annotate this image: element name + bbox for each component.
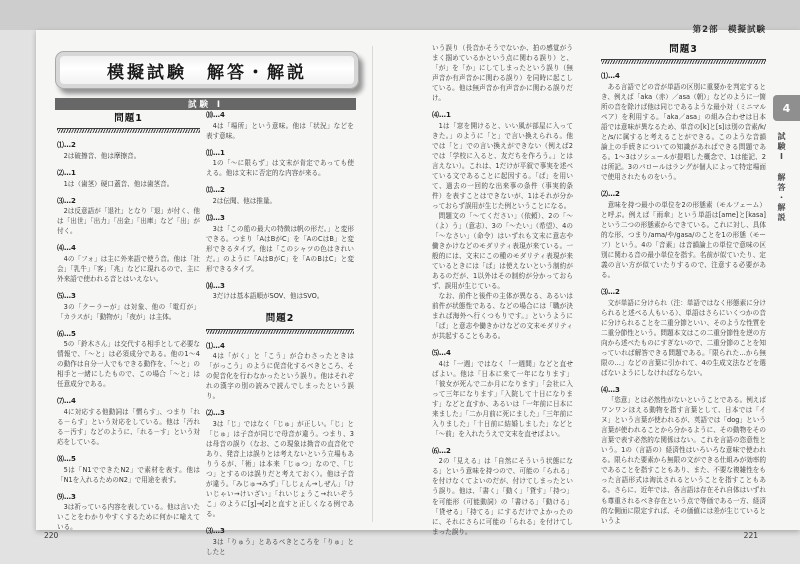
page-gutter-line [372, 46, 373, 522]
answer-number: ⑴…4 [206, 341, 354, 352]
answer-item: ⒁…33だけは基本語順がSOV、他はSVO。 [206, 281, 354, 302]
answer-text: 2は破擦音、他は摩擦音。 [57, 151, 200, 161]
answer-item: ⑷…11は「窓を開けると、いい風が部屋に入ってきた。」のように「と」で言い換えら… [432, 110, 573, 211]
answer-number: ⑹…2 [432, 446, 573, 457]
answer-item: ⑶…33は「りゅう」とあるべきところを「りゅ」としたと [206, 526, 354, 557]
chapter-tab-label: 試験Ⅰ 解答・解説 [776, 132, 787, 282]
answer-number: ⑻…5 [57, 454, 200, 465]
answer-item: ⑵…2意味を持つ最小の単位を2の形態素（モルフェーム）と呼ぶ。例えば「雨傘」とい… [601, 189, 766, 280]
answer-item: ⑴…4ある言語でどの音が単語の区別に重要かを判定するとき、例えば「aka（赤）／… [601, 71, 766, 182]
answer-text: 意味を持つ最小の単位を2の形態素（モルフェーム）と呼ぶ。例えば「雨傘」という単語… [601, 200, 766, 280]
answer-item: ⑴…22は破擦音、他は摩擦音。 [57, 140, 200, 161]
answer-number: ⑶…3 [206, 526, 354, 537]
answer-number: ⑴…4 [601, 71, 766, 82]
answer-number: ⑺…4 [57, 396, 200, 407]
background-top-band [0, 0, 800, 30]
answer-number: ⑾…1 [206, 148, 354, 159]
answer-text: 3の「クーラーが」は対象、他の「電灯が」「カラスが」「動物が」「夜が」は主体。 [57, 302, 200, 322]
answer-item: ⑵…11は（歯茎）硬口蓋音、他は歯茎音。 [57, 168, 200, 189]
text-column-4: 問題3⑴…4ある言語でどの音が単語の区別に重要かを判定するとき、例えば「aka（… [601, 43, 766, 526]
answer-item: ⑷…44の「フォ」は主に外来語で使う音。他は「社会」「乳牛」「客」「兆」などに現… [57, 243, 200, 284]
answer-text: 1は（歯茎）硬口蓋音、他は歯茎音。 [57, 179, 200, 189]
page-number-left: 220 [44, 531, 58, 540]
problem-heading: 問題1 [57, 112, 200, 133]
answer-item: ⑸…33の「クーラーが」は対象、他の「電灯が」「カラスが」「動物が」「夜が」は主… [57, 291, 200, 322]
answer-number: ⑵…2 [601, 189, 766, 200]
chapter-tab-number: 4 [773, 95, 800, 121]
answer-item: ⑾…11の「～に限らず」は文末が肯定であっても使える。他は文末に否定的な内容が来… [206, 148, 354, 179]
answer-text: 4は「がく」と「こう」が合わさったときは「がっこう」のように促音化するべきところ… [206, 351, 354, 401]
answer-item: ⑽…44は「場所」という意味。他は「状況」などを表す意味。 [206, 110, 354, 141]
answer-item: ⑺…44に対応する他動詞は「慣らす」、つまり「れる－らす」という対応をしている。… [57, 396, 200, 447]
exam-section-bar: 試験 Ⅰ [55, 98, 356, 110]
exam-section-label: 試験 Ⅰ [188, 98, 223, 110]
answer-text: 5の「鈴木さん」は交代する相手として必要な情報で、「～と」は必須成分である。他の… [57, 339, 200, 389]
page-number-right: 221 [744, 531, 758, 540]
answer-text: 2は伝聞、他は推量。 [206, 196, 354, 206]
answer-item: ⑿…22は伝聞、他は推量。 [206, 185, 354, 206]
answer-number: ⒁…3 [206, 281, 354, 292]
answer-text: 4は「場所」という意味。他は「状況」などを表す意味。 [206, 121, 354, 141]
answer-text: 文が単語に分けられ（注：単語ではなく形態素に分けられると述べる人もいる）、単語は… [601, 298, 766, 378]
answer-number: ⑿…2 [206, 185, 354, 196]
answer-number: ⑷…4 [57, 243, 200, 254]
paragraph: いう誤り（長音かそうでないか、拍の感覚がうまく掴めているかという点に関わる誤り）… [432, 43, 573, 103]
text-column-3: いう誤り（長音かそうでないか、拍の感覚がうまく掴めているかという点に関わる誤り）… [432, 43, 573, 537]
running-head: 第2部 模擬試験 [693, 23, 766, 35]
answer-text: 3は「この船の最大の特徴は帆の形だ。」と変形できる。つまり「AはBがC」を「Aの… [206, 224, 354, 274]
answer-text: 4の「フォ」は主に外来語で使う音。他は「社会」「乳牛」「客」「兆」などに現れるの… [57, 254, 200, 284]
answer-text: 3は「じ」ではなく「じゅ」が正しい。「じ」と「じゅ」は子音が同じで母音が違う。つ… [206, 419, 354, 519]
answer-item: ⑻…55は「N1でできたN2」で素材を表す。他は「N1を入れるためのN2」で用途… [57, 454, 200, 485]
answer-text: 「恣意」とは必然性がないということである。例えばワンワンほえる動物を指す言葉とし… [601, 395, 766, 525]
answer-number: ⑸…4 [432, 348, 573, 359]
answer-number: ⒀…3 [206, 213, 354, 224]
answer-text: 3は「りゅう」とあるべきところを「りゅ」としたと [206, 537, 354, 557]
answer-number: ⑵…3 [206, 408, 354, 419]
answer-item: ⒀…33は「この船の最大の特徴は帆の形だ。」と変形できる。つまり「AはBがC」を… [206, 213, 354, 274]
answer-text: 1の「～に限らず」は文末が肯定であっても使える。他は文末に否定的な内容が来る。 [206, 158, 354, 178]
paragraph: 問題文の「～てください」（依頼）、2の「～（よ）う」（意志）、3の「～たい」（希… [432, 211, 573, 291]
answer-number: ⑽…4 [206, 110, 354, 121]
chapter-title-text: 模擬試験 解答・解説 [107, 58, 307, 83]
answer-text: 1は「窓を開けると、いい風が部屋に入ってきた。」のように「と」で言い換えられる。… [432, 121, 573, 211]
chapter-title-box: 模擬試験 解答・解説 [55, 51, 359, 89]
answer-text: 4に対応する他動詞は「慣らす」、つまり「れる－らす」という対応をしている。他は「… [57, 407, 200, 447]
answer-text: 2は反意語が「退社」となり「退」が付く、他は「出世」「出力」「出金」「出庫」など… [57, 206, 200, 236]
answer-text: 4は「一週」ではなく「一週間」などと直せばよい。他は「日本に来て一年になります」… [432, 359, 573, 439]
answer-number: ⑶…2 [57, 196, 200, 207]
answer-text: 2の「見える」は「自然にそういう状態になる」という意味を持つので、可能の「られる… [432, 456, 573, 536]
answer-item: ⑵…33は「じ」ではなく「じゅ」が正しい。「じ」と「じゅ」は子音が同じで母音が違… [206, 408, 354, 519]
answer-item: ⑹…55の「鈴木さん」は交代する相手として必要な情報で、「～と」は必須成分である… [57, 329, 200, 390]
answer-item: ⑴…44は「がく」と「こう」が合わさったときは「がっこう」のように促音化するべき… [206, 341, 354, 402]
problem-heading: 問題3 [601, 43, 766, 64]
answer-number: ⑸…3 [57, 291, 200, 302]
answer-number: ⑶…2 [601, 287, 766, 298]
answer-text: 3だけは基本語順がSOV、他はSVO。 [206, 291, 354, 301]
answer-item: ⑸…44は「一週」ではなく「一週間」などと直せばよい。他は「日本に来て一年になり… [432, 348, 573, 439]
problem-heading: 問題2 [206, 312, 354, 333]
answer-number: ⑵…1 [57, 168, 200, 179]
answer-number: ⑷…3 [601, 385, 766, 396]
answer-text: 3は祈っている内容を表している。他は言いたいことをわかりやすくするために何かに喩… [57, 502, 200, 532]
answer-item: ⑹…22の「見える」は「自然にそういう状態になる」という意味を持つので、可能の「… [432, 446, 573, 537]
answer-item: ⑶…2文が単語に分けられ（注：単語ではなく形態素に分けられると述べる人もいる）、… [601, 287, 766, 378]
answer-text: 5は「N1でできたN2」で素材を表す。他は「N1を入れるためのN2」で用途を表す… [57, 465, 200, 485]
text-column-1: 問題1⑴…22は破擦音、他は摩擦音。⑵…11は（歯茎）硬口蓋音、他は歯茎音。⑶…… [57, 112, 200, 532]
paragraph: なお、前件と後件の主体が異なる、あるいは前件が状態性である、などの場合には「職が… [432, 291, 573, 341]
answer-item: ⑶…22は反意語が「退社」となり「退」が付く、他は「出世」「出力」「出金」「出庫… [57, 196, 200, 237]
answer-item: ⑷…3「恣意」とは必然性がないということである。例えばワンワンほえる動物を指す言… [601, 385, 766, 526]
answer-number: ⑹…5 [57, 329, 200, 340]
book-scan-viewer: { "running_head": { "text": "第2部 模擬試験" }… [0, 0, 800, 564]
text-column-2: ⑽…44は「場所」という意味。他は「状況」などを表す意味。⑾…11の「～に限らず… [206, 110, 354, 557]
answer-number: ⑷…1 [432, 110, 573, 121]
answer-number: ⑼…3 [57, 492, 200, 503]
answer-text: ある言語でどの音が単語の区別に重要かを判定するとき、例えば「aka（赤）／asa… [601, 82, 766, 182]
answer-item: ⑼…33は祈っている内容を表している。他は言いたいことをわかりやすくするために何… [57, 492, 200, 533]
answer-number: ⑴…2 [57, 140, 200, 151]
